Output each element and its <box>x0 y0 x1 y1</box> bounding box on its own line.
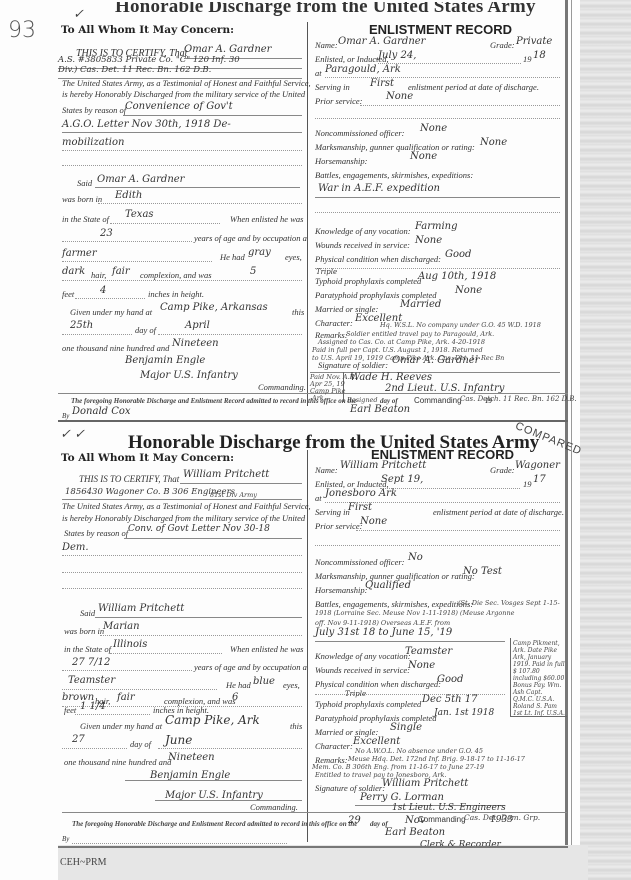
record2-footer-day: 29 <box>348 815 361 826</box>
record2-inches: 1 1/4 <box>80 701 106 712</box>
this-label: this <box>292 307 304 317</box>
character-label: Character: <box>315 741 353 751</box>
record2-enl-name: William Pritchett <box>340 460 426 471</box>
day-of-label: day of <box>135 325 156 335</box>
record2-reason-2: Dem. <box>62 542 89 553</box>
record2-signature: William Pritchett <box>382 778 468 789</box>
record2-nco: No <box>408 552 423 563</box>
line <box>110 223 220 224</box>
margin-page-number: 93 <box>8 18 36 43</box>
record1-enlistment-heading: ENLISTMENT RECORD <box>369 22 512 37</box>
line <box>180 483 302 484</box>
record1-inches: 4 <box>100 285 106 296</box>
record2-footer-month: Nov <box>405 815 425 826</box>
record2-salutation: To All Whom It May Concern: <box>61 452 234 464</box>
line <box>380 488 520 489</box>
commanding-label: Commanding. <box>250 802 298 812</box>
record2-serial-note: 81st Div Army <box>210 491 257 499</box>
record1-year-word: Nineteen <box>172 338 219 349</box>
state-of-label: in the State of <box>62 214 109 224</box>
record2-footer-year: 1933 <box>490 815 513 825</box>
record2-footer-note: The foregoing Honorable Discharge and En… <box>72 820 357 828</box>
inches-label: inches in height. <box>148 289 204 299</box>
credit-label: CEH~PRM <box>60 857 107 868</box>
line <box>325 77 560 78</box>
testimonial-text: The United States Army, as a Testimonial… <box>62 78 311 88</box>
when-enlisted-label: When enlisted he was <box>230 644 303 654</box>
line <box>110 653 222 654</box>
record2-enlisted-year: 17 <box>533 474 546 485</box>
line <box>62 150 302 151</box>
line <box>62 241 192 242</box>
record2-footer-clerk: Earl Beaton <box>385 827 445 838</box>
horsemanship-label: Horsemanship: <box>315 585 367 595</box>
reason-label: States by reason of <box>64 528 128 538</box>
typhoid-label: Typhoid prophylaxis completed <box>315 276 421 286</box>
record1-said-name: Omar A. Gardner <box>97 174 184 185</box>
record1-commanding-unit: Cas. Detch. 11 Rec. Bn. 162 D.B. <box>460 395 577 403</box>
record2-battles-2: 1918 (Lorraine Sec. Meuse Nov 1-11-1918)… <box>315 609 515 617</box>
record2-enlisted-at: Jonesboro Ark <box>325 488 397 499</box>
record2-battles-4: July 31st 18 to June 15, '19 <box>315 627 452 638</box>
line <box>315 641 505 642</box>
record1-remarks-3: Assigned to Cas. Co. at Camp Pike, Ark. … <box>318 338 485 346</box>
vocation-label: Knowledge of any vocation: <box>315 226 411 236</box>
nco-label: Noncommissioned officer: <box>315 557 404 567</box>
record2-remarks-0: No A.W.O.L. No absence under G.O. 45 <box>355 747 483 755</box>
eyes-label: eyes, <box>285 252 302 262</box>
line <box>62 132 302 133</box>
scan-edge-shadow <box>580 0 631 880</box>
line <box>98 203 302 204</box>
he-had-label: He had <box>220 252 245 262</box>
typhoid-label: Typhoid prophylaxis completed <box>315 699 421 709</box>
record2-horsemanship: Qualified <box>365 580 411 591</box>
line <box>158 334 302 335</box>
line <box>62 670 192 671</box>
line <box>62 499 302 500</box>
line <box>315 268 560 269</box>
year-prefix-label: 19 <box>523 54 532 64</box>
record2-complexion: fair <box>117 692 135 703</box>
line <box>75 298 145 299</box>
line <box>62 748 127 749</box>
one-thousand-label: one thousand nine hundred and <box>64 757 171 767</box>
record1-grade: Private <box>516 36 552 47</box>
record2-vocation: Teamster <box>405 646 452 657</box>
record2-side-note: Camp Pikment, Ark. Date Pike Ark, Januar… <box>513 640 565 717</box>
record2-remarks-2: Mem. Co. B 306th Eng. from 11-16-17 to J… <box>312 763 484 771</box>
record2-enlisted-date: Sept 19, <box>381 474 423 485</box>
at-label: at <box>315 493 322 503</box>
line <box>158 748 302 749</box>
record2-battles-3: off. Nov 9-11-1918) Overseas A.E.F. from <box>315 619 450 627</box>
discharged-text: is hereby Honorably Discharged from the … <box>62 89 305 99</box>
record1-footer-by: Donald Cox <box>72 406 131 417</box>
record1-enlisted-date: July 24, <box>378 50 416 61</box>
scan-bottom-shadow <box>58 845 588 880</box>
one-thousand-label: one thousand nine hundred and <box>62 343 169 353</box>
record1-state: Texas <box>125 209 154 220</box>
year-prefix-label: 19 <box>523 479 532 489</box>
wounds-label: Wounds received in service: <box>315 665 410 675</box>
name-label: Name: <box>315 40 338 50</box>
record2-wounds: None <box>408 660 435 671</box>
by-label: By <box>62 835 69 843</box>
record1-commander-title: 2nd Lieut. U.S. Infantry <box>385 383 504 394</box>
record1-enlisted-year: 18 <box>533 50 546 61</box>
state-of-label: in the State of <box>64 644 111 654</box>
battles-label: Battles, engagements, skirmishes, expedi… <box>315 170 473 180</box>
vocation-label: Knowledge of any vocation: <box>315 651 411 661</box>
record1-physical: Good <box>445 249 471 260</box>
record2-said-name: William Pritchett <box>98 603 184 614</box>
record1-footer-note: The foregoing Honorable Discharge and En… <box>71 397 356 405</box>
given-under-label: Given under my hand at <box>70 307 152 317</box>
line <box>124 538 302 539</box>
enlistment-period-label: enlistment period at date of discharge. <box>408 82 539 92</box>
record1-vocation: Farming <box>415 221 458 232</box>
record2-feet: 6 <box>232 692 238 703</box>
record2-year-word: Nineteen <box>168 752 215 763</box>
record1-officer-signature: Benjamin Engle <box>125 355 205 366</box>
given-under-label: Given under my hand at <box>80 721 162 731</box>
record2-eyes: blue <box>253 676 275 687</box>
record1-paratyphoid: None <box>455 285 482 296</box>
character-label: Character: <box>315 318 353 328</box>
record1-typhoid-note: Triple <box>316 268 337 276</box>
record1-occupation: farmer <box>62 248 97 259</box>
record1-prior-service: None <box>386 91 413 102</box>
reason-label: States by reason of <box>62 105 126 115</box>
line <box>315 212 560 213</box>
line <box>62 334 132 335</box>
line <box>95 617 302 618</box>
record1-hair: dark <box>62 266 85 277</box>
record2-serving-in: First <box>348 502 372 513</box>
page-bottom-rule <box>58 846 568 848</box>
line <box>62 572 302 573</box>
day-of-label: day of <box>130 739 151 749</box>
by-label: By <box>62 412 69 420</box>
feet-label: feet <box>62 289 74 299</box>
check-mark-icon: ✓ <box>73 6 84 22</box>
prior-service-label: Prior service: <box>315 96 362 106</box>
record1-enl-name: Omar A. Gardner <box>338 36 425 47</box>
record2-typhoid-note: Triple <box>345 690 366 698</box>
record1-name: Omar A. Gardner <box>184 44 271 55</box>
record2-marksmanship: No Test <box>463 566 502 577</box>
hair-label: hair, <box>91 270 106 280</box>
years-of-age-label: years of age and by occupation a <box>194 233 307 243</box>
record1-wounds: None <box>415 235 442 246</box>
record1-officer-title: Major U.S. Infantry <box>140 370 238 381</box>
nco-label: Noncommissioned officer: <box>315 128 404 138</box>
record1-signature: Omar A. Gardner <box>392 355 479 366</box>
record1-battles: War in A.E.F. expedition <box>318 183 440 194</box>
enlistment-period-label: enlistment period at date of discharge. <box>433 507 564 517</box>
record1-footer-19: 19 <box>485 397 492 405</box>
record1-born-in: Edith <box>115 190 142 201</box>
marksmanship-label: Marksmanship, gunner qualification or ra… <box>315 142 475 152</box>
complexion-label: complexion, and was <box>140 270 212 280</box>
record1-day: 25th <box>70 320 93 331</box>
record2-state: Illinois <box>113 639 147 650</box>
line <box>315 545 560 546</box>
commanding-label: Commanding. <box>258 382 306 392</box>
line <box>62 261 212 262</box>
years-of-age-label: years of age and by occupation a <box>194 662 307 672</box>
record1-age: 23 <box>100 228 113 239</box>
record1-given-at: Camp Pike, Arkansas <box>160 302 268 313</box>
eyes-label: eyes, <box>283 680 300 690</box>
commanding-right-label: Commanding <box>414 396 462 405</box>
record1-feet: 5 <box>250 266 256 277</box>
record2-prior-service: None <box>360 516 387 527</box>
record2-battles-1: (St. Die Sec. Vosges Sept 1-15- <box>458 599 560 607</box>
record2-given-at: Camp Pike, Ark <box>165 713 260 727</box>
grade-label: Grade: <box>490 465 515 475</box>
line <box>315 118 560 119</box>
record1-reason-3: mobilization <box>62 137 124 148</box>
line <box>125 780 302 781</box>
record2-footer-clerk-title: Clerk & Recorder <box>420 840 501 850</box>
page-border-right <box>565 0 568 845</box>
record2-character: Excellent <box>353 736 400 747</box>
born-in-label: was born in <box>64 626 104 636</box>
check-mark-icon: ✓ ✓ <box>60 426 85 442</box>
serving-in-label: Serving in <box>315 507 350 517</box>
record2-remarks-1: Meuse Hdq. Det. 172nd Inf. Brig. 9-18-17… <box>348 755 525 763</box>
record2-married: Single <box>390 722 422 733</box>
line <box>123 115 302 116</box>
discharged-text: is hereby Honorably Discharged from the … <box>62 513 305 523</box>
line <box>62 165 302 166</box>
record1-eyes: gray <box>248 247 271 258</box>
record1-reason-2: A.G.O. Letter Nov 30th, 1918 De- <box>62 119 231 130</box>
record2-day: 27 <box>72 734 85 745</box>
record1-month: April <box>185 320 210 331</box>
when-enlisted-label: When enlisted he was <box>230 214 303 224</box>
record1-remarks-4: Paid in full per Capt. U.S. August 1, 19… <box>312 346 483 354</box>
physical-label: Physical condition when discharged: <box>315 254 441 264</box>
line <box>75 714 150 715</box>
record1-complexion: fair <box>112 266 130 277</box>
signature-label: Signature of soldier: <box>318 360 388 370</box>
record-separator <box>58 420 568 422</box>
line <box>95 187 300 188</box>
he-had-label: He had <box>226 680 251 690</box>
certify-label: THIS IS TO CERTIFY, That <box>79 474 179 484</box>
record1-serving-in: First <box>370 78 394 89</box>
line <box>72 843 287 844</box>
record1-footer-clerk: Earl Beaton <box>350 404 410 415</box>
line <box>360 105 560 106</box>
record2-physical: Good <box>437 674 463 685</box>
record1-married: Married <box>400 299 441 310</box>
record2-typhoid: Dec 5th 17 <box>422 694 477 705</box>
record1-marksmanship: None <box>480 137 507 148</box>
line <box>315 197 560 198</box>
line <box>62 588 302 589</box>
testimonial-text: The United States Army, as a Testimonial… <box>62 501 311 511</box>
page-border-right-inner <box>571 0 572 845</box>
record1-remarks-1: Hq. W.S.L. No company under G.O. 45 W.D.… <box>380 321 541 329</box>
record2-name: William Pritchett <box>183 469 269 480</box>
record1-serial: A.S. #3805833 Private Co. "C" 120 Inf. 3… <box>58 55 240 65</box>
record1-unit: Div.) Cas. Det. 11 Rec. Bn. 162 D.B. <box>58 65 211 75</box>
record2-commander: Perry G. Lorman <box>360 792 444 803</box>
record1-typhoid: Aug 10th, 1918 <box>418 271 496 282</box>
line <box>100 635 302 636</box>
line <box>62 689 217 690</box>
said-label: Said <box>80 608 95 618</box>
serving-in-label: Serving in <box>315 82 350 92</box>
horsemanship-label: Horsemanship: <box>315 156 367 166</box>
battles-label: Battles, engagements, skirmishes, expedi… <box>315 599 473 609</box>
line <box>62 280 302 281</box>
record2-born-in: Marian <box>103 621 140 632</box>
said-label: Said <box>77 178 92 188</box>
this-label: this <box>290 721 302 731</box>
record2-grade: Wagoner <box>515 460 560 471</box>
line <box>356 530 560 531</box>
record2-month: June <box>165 733 192 747</box>
record1-reason-1: Convenience of Gov't <box>125 101 233 112</box>
record1-salutation: To All Whom It May Concern: <box>61 24 234 36</box>
record1-commander: Wade H. Reeves <box>350 372 432 383</box>
record1-nco: None <box>420 123 447 134</box>
born-in-label: was born in <box>62 194 102 204</box>
record1-title: Honorable Discharge from the United Stat… <box>115 0 536 18</box>
line <box>62 555 302 556</box>
record1-horsemanship: None <box>410 151 437 162</box>
record2-reason-1: Conv. of Govt Letter Nov 30-18 <box>128 524 270 534</box>
record1-enlisted-at: Paragould, Ark <box>325 64 401 75</box>
record2-age: 27 7/12 <box>72 657 110 668</box>
record2-occupation: Teamster <box>68 675 115 686</box>
record2-commander-title: 1st Lieut. U.S. Engineers <box>392 803 506 813</box>
name-label: Name: <box>315 465 338 475</box>
physical-label: Physical condition when discharged: <box>315 679 441 689</box>
grade-label: Grade: <box>490 40 515 50</box>
at-label: at <box>315 68 322 78</box>
record1-remarks-2: Soldier entitled travel pay to Paragould… <box>346 330 494 338</box>
record2-paratyphoid: Jan. 1st 1918 <box>434 708 494 718</box>
wounds-label: Wounds received in service: <box>315 240 410 250</box>
line <box>155 800 302 801</box>
